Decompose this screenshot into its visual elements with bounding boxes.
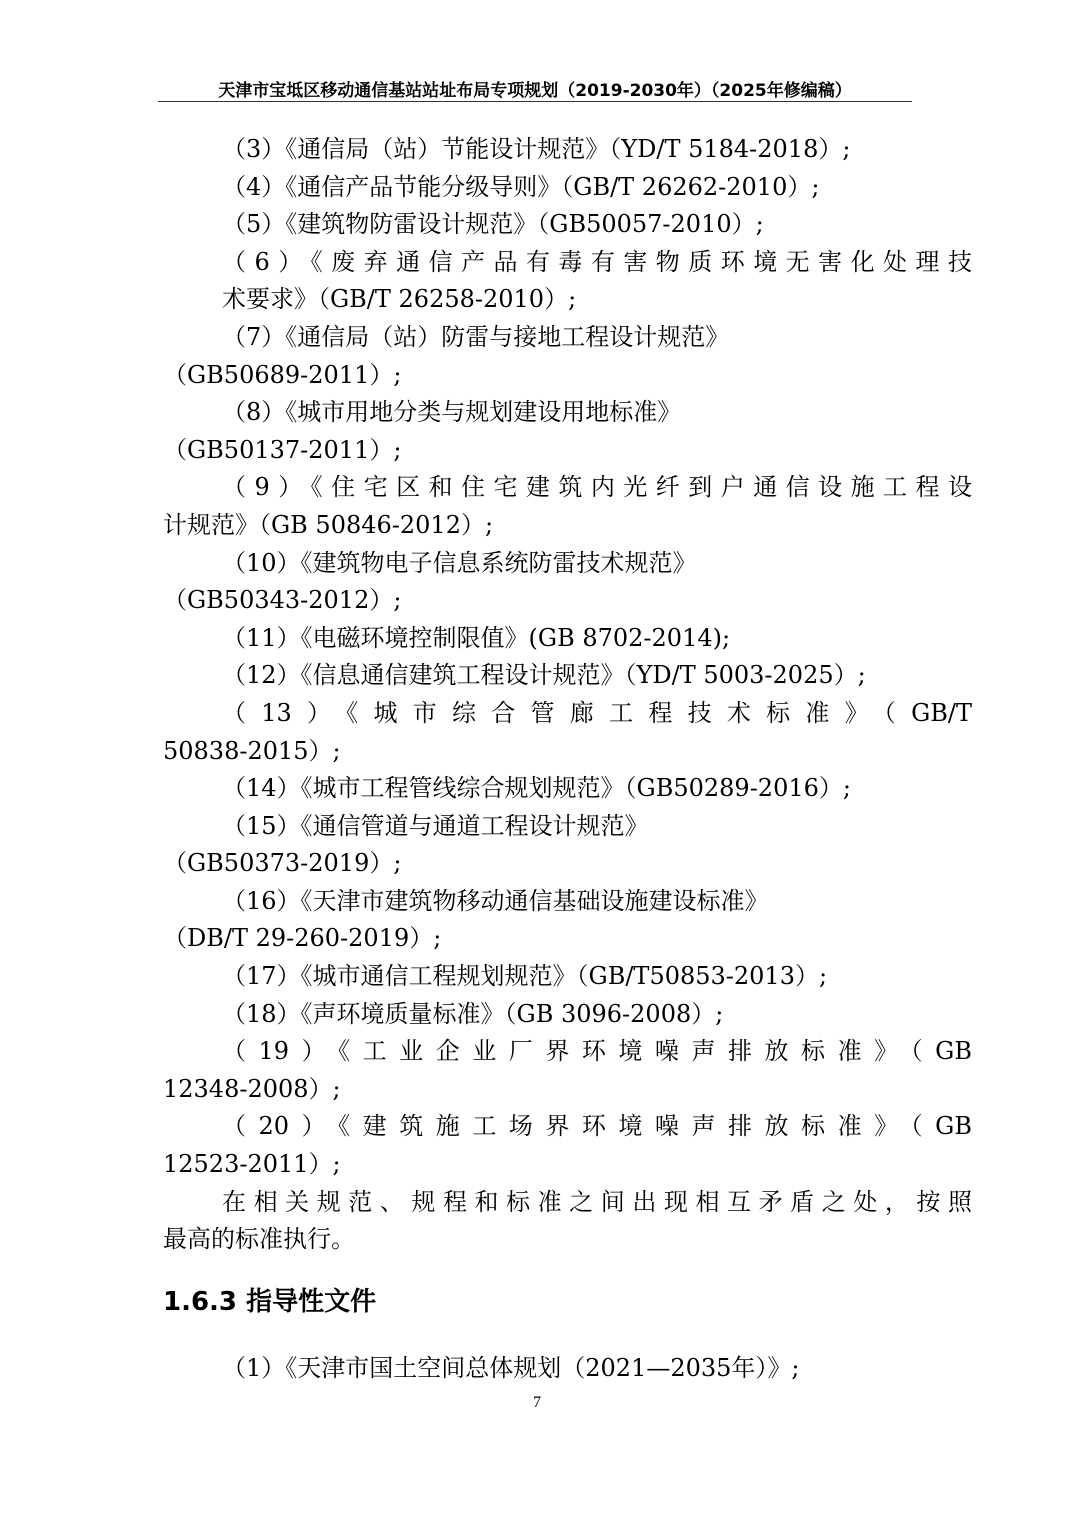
list-item-line: （12）《信息通信建筑工程设计规范》（YD/T 5003-2025）; <box>163 657 913 695</box>
list-item: （9）《住宅区和住宅建筑内光纤到户通信设施工程设计规范》（GB 50846-20… <box>163 469 913 544</box>
guidance-item: （1）《天津市国土空间总体规划（2021—2035年）》; <box>163 1350 913 1388</box>
list-item: （3）《通信局（站）节能设计规范》（YD/T 5184-2018）; <box>163 131 913 169</box>
list-item-line: （8）《城市用地分类与规划建设用地标准》 <box>163 394 913 432</box>
list-item-line: （10）《建筑物电子信息系统防雷技术规范》 <box>163 545 913 583</box>
list-item: （13）《城市综合管廊工程技术标准》（GB/T50838-2015）; <box>163 695 913 770</box>
list-item-continuation: 术要求》（GB/T 26258-2010）; <box>163 281 913 319</box>
list-item: （6）《废弃通信产品有毒有害物质环境无害化处理技术要求》（GB/T 26258-… <box>163 244 913 319</box>
list-item: （11）《电磁环境控制限值》(GB 8702-2014); <box>163 620 913 658</box>
list-item-continuation: 50838-2015）; <box>163 733 913 771</box>
list-item: （7）《通信局（站）防雷与接地工程设计规范》（GB50689-2011）; <box>163 319 913 394</box>
list-item-line: （20）《建筑施工场界环境噪声排放标准》（GB <box>163 1108 972 1146</box>
closing-paragraph: 在相关规范、规程和标准之间出现相互矛盾之处，按照最高的标准执行。 <box>163 1184 913 1259</box>
list-item-line: （4）《通信产品节能分级导则》（GB/T 26262-2010）; <box>163 169 913 207</box>
header-divider <box>158 101 912 102</box>
list-item-line: （19）《工业企业厂界环境噪声排放标准》（GB <box>163 1033 972 1071</box>
section-heading: 1.6.3 指导性文件 <box>163 1281 376 1318</box>
list-item: （12）《信息通信建筑工程设计规范》（YD/T 5003-2025）; <box>163 657 913 695</box>
list-item: （10）《建筑物电子信息系统防雷技术规范》（GB50343-2012）; <box>163 545 913 620</box>
list-item: （20）《建筑施工场界环境噪声排放标准》（GB12523-2011）; <box>163 1108 913 1183</box>
list-item-line: （6）《废弃通信产品有毒有害物质环境无害化处理技 <box>163 244 972 282</box>
list-item-continuation: （GB50689-2011）; <box>163 357 913 395</box>
list-item-continuation: 12523-2011）; <box>163 1146 913 1184</box>
list-item-line: （7）《通信局（站）防雷与接地工程设计规范》 <box>163 319 913 357</box>
list-item: （4）《通信产品节能分级导则》（GB/T 26262-2010）; <box>163 169 913 207</box>
paragraph-line: 最高的标准执行。 <box>163 1221 913 1259</box>
list-item-continuation: （DB/T 29-260-2019）; <box>163 920 913 958</box>
list-item-continuation: （GB50343-2012）; <box>163 582 913 620</box>
list-item-line: （9）《住宅区和住宅建筑内光纤到户通信设施工程设 <box>163 469 972 507</box>
list-item: （15）《通信管道与通道工程设计规范》（GB50373-2019）; <box>163 808 913 883</box>
list-item: （18）《声环境质量标准》（GB 3096-2008）; <box>163 996 913 1034</box>
list-item-line: （5）《建筑物防雷设计规范》（GB50057-2010）; <box>163 206 913 244</box>
list-item-continuation: 12348-2008）; <box>163 1071 913 1109</box>
list-item: （19）《工业企业厂界环境噪声排放标准》（GB12348-2008）; <box>163 1033 913 1108</box>
list-item-line: （13）《城市综合管廊工程技术标准》（GB/T <box>163 695 972 733</box>
list-item: （8）《城市用地分类与规划建设用地标准》（GB50137-2011）; <box>163 394 913 469</box>
page-number: 7 <box>0 1394 1074 1412</box>
list-item-line: （15）《通信管道与通道工程设计规范》 <box>163 808 913 846</box>
paragraph-line: 在相关规范、规程和标准之间出现相互矛盾之处，按照 <box>163 1184 972 1222</box>
running-header: 天津市宝坻区移动通信基站站址布局专项规划（2019-2030年）（2025年修编… <box>158 76 912 101</box>
list-item-line: （17）《城市通信工程规划规范》（GB/T50853-2013）; <box>163 958 913 996</box>
list-item-continuation: 计规范》（GB 50846-2012）; <box>163 507 913 545</box>
list-item: （5）《建筑物防雷设计规范》（GB50057-2010）; <box>163 206 913 244</box>
list-item-line: （11）《电磁环境控制限值》(GB 8702-2014); <box>163 620 913 658</box>
list-item-line: （16）《天津市建筑物移动通信基础设施建设标准》 <box>163 883 913 921</box>
list-item-continuation: （GB50373-2019）; <box>163 845 913 883</box>
list-item-line: （18）《声环境质量标准》（GB 3096-2008）; <box>163 996 913 1034</box>
guidance-documents-list: （1）《天津市国土空间总体规划（2021—2035年）》; <box>163 1350 913 1388</box>
list-item: （14）《城市工程管线综合规划规范》（GB50289-2016）; <box>163 770 913 808</box>
list-item-line: （3）《通信局（站）节能设计规范》（YD/T 5184-2018）; <box>163 131 913 169</box>
standards-list: （3）《通信局（站）节能设计规范》（YD/T 5184-2018）;（4）《通信… <box>163 131 913 1259</box>
list-item-line: （14）《城市工程管线综合规划规范》（GB50289-2016）; <box>163 770 913 808</box>
list-item: （17）《城市通信工程规划规范》（GB/T50853-2013）; <box>163 958 913 996</box>
list-item: （16）《天津市建筑物移动通信基础设施建设标准》（DB/T 29-260-201… <box>163 883 913 958</box>
list-item-continuation: （GB50137-2011）; <box>163 432 913 470</box>
